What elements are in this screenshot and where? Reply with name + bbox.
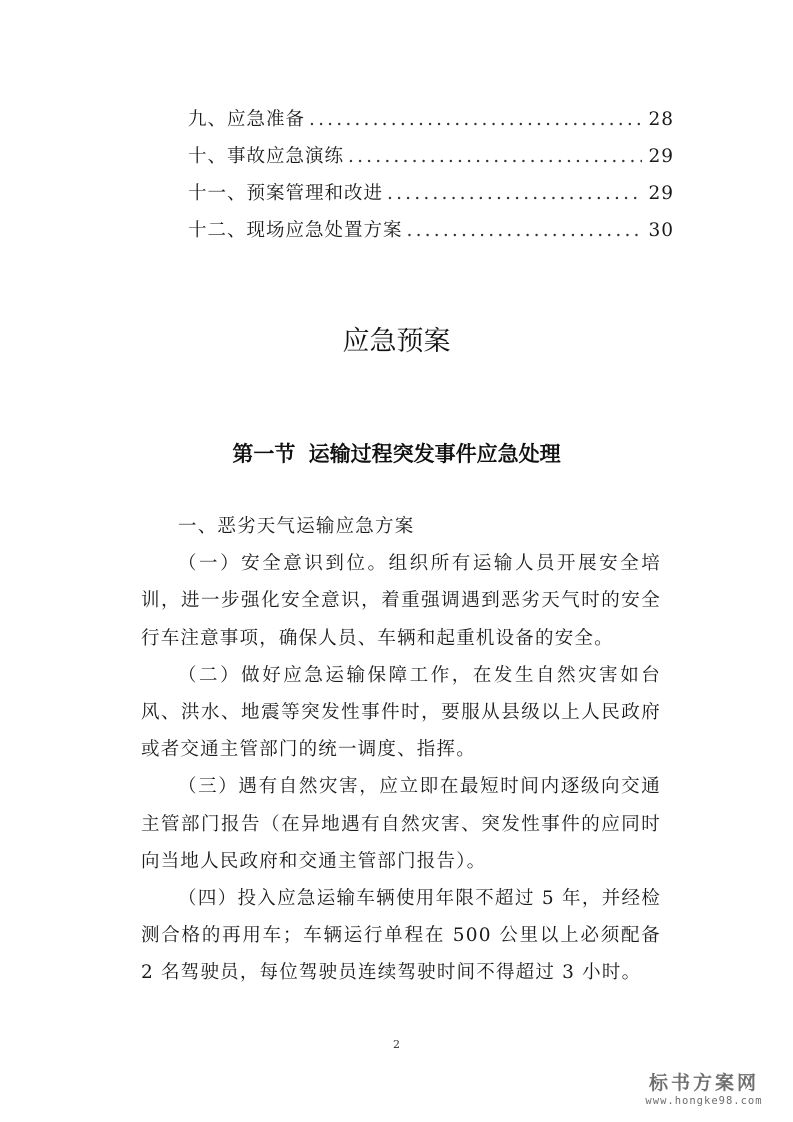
paragraph: （四）投入应急运输车辆使用年限不超过 5 年，并经检测合格的再用车；车辆运行单程… — [141, 880, 661, 992]
toc-leader-dots — [387, 179, 642, 209]
watermark-brand: 标书方案网 — [629, 1072, 779, 1094]
watermark-url: www.hongke98.com — [629, 1094, 779, 1108]
paragraph: （一）安全意识到位。组织所有运输人员开展安全培训，进一步强化安全意识，着重强调遇… — [141, 545, 661, 657]
page-number: 2 — [0, 1038, 793, 1051]
toc-entry-page: 30 — [648, 216, 674, 246]
toc-entry-label: 九、应急准备 — [188, 105, 305, 135]
toc-leader-dots — [407, 216, 643, 246]
toc-entry[interactable]: 十一、预案管理和改进 29 — [188, 179, 674, 216]
toc-entry-page: 29 — [648, 179, 674, 209]
section-title: 第一节 运输过程突发事件应急处理 — [0, 437, 793, 471]
document-title: 应急预案 — [0, 322, 793, 362]
paragraph: （三）遇有自然灾害，应立即在最短时间内逐级向交通主管部门报告（在异地遇有自然灾害… — [141, 768, 661, 880]
toc-entry[interactable]: 九、应急准备 28 — [188, 105, 674, 142]
body-content: 一、恶劣天气运输应急方案 （一）安全意识到位。组织所有运输人员开展安全培训，进一… — [141, 508, 661, 992]
toc-leader-dots — [348, 142, 642, 172]
toc-entry-label: 十二、现场应急处置方案 — [188, 216, 403, 246]
toc-entry-label: 十、事故应急演练 — [188, 142, 344, 172]
paragraph: （二）做好应急运输保障工作，在发生自然灾害如台风、洪水、地震等突发性事件时，要服… — [141, 657, 661, 769]
watermark: 标书方案网 www.hongke98.com — [629, 1072, 779, 1108]
toc-entry-page: 29 — [648, 142, 674, 172]
toc-entry-label: 十一、预案管理和改进 — [188, 179, 383, 209]
toc-entry[interactable]: 十二、现场应急处置方案 30 — [188, 216, 674, 253]
document-page: 九、应急准备 28 十、事故应急演练 29 十一、预案管理和改进 29 十二、现… — [0, 0, 793, 1122]
toc-leader-dots — [309, 105, 642, 135]
table-of-contents: 九、应急准备 28 十、事故应急演练 29 十一、预案管理和改进 29 十二、现… — [188, 105, 674, 253]
subsection-heading: 一、恶劣天气运输应急方案 — [141, 508, 661, 545]
toc-entry[interactable]: 十、事故应急演练 29 — [188, 142, 674, 179]
toc-entry-page: 28 — [648, 105, 674, 135]
